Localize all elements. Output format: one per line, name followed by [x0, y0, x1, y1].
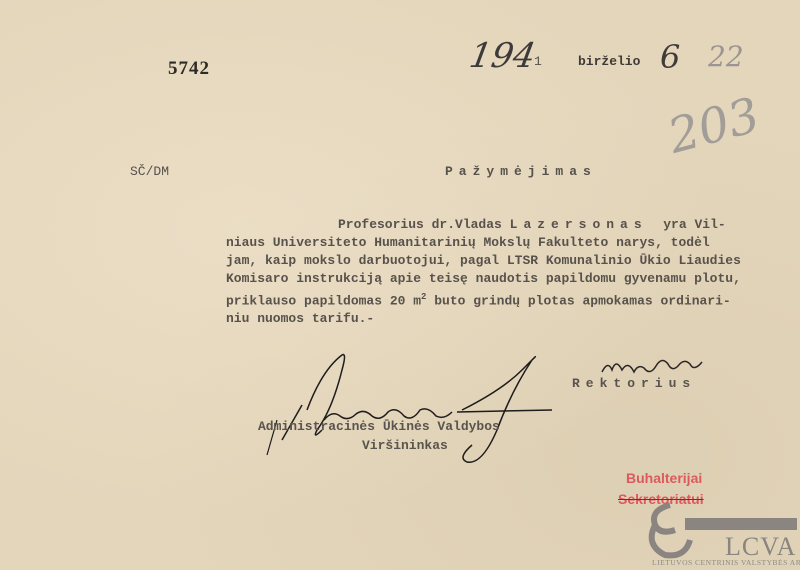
document-number: 5742	[168, 58, 210, 80]
admin-title-line2: Viršininkas	[362, 438, 448, 453]
pencil-note: 22	[708, 40, 744, 73]
body-line-5-pre: priklauso papildomas 20 m	[226, 293, 421, 308]
person-name: Lazersonas	[510, 217, 648, 232]
handwritten-day: 6	[660, 38, 680, 76]
body-line-5: priklauso papildomas 20 m2 buto grindų p…	[226, 288, 741, 310]
reference-code: SČ/DM	[130, 164, 169, 179]
body-line-3: jam, kaip mokslo darbuotojui, pagal LTSR…	[226, 252, 741, 270]
body-line-5-post: buto grindų plotas apmokamas ordinari-	[426, 293, 730, 308]
document-title: Pažymėjimas	[445, 164, 597, 179]
admin-title-line1: Administracinės Ūkinės Valdybos	[258, 419, 500, 434]
rector-title: Rektorius	[572, 376, 696, 391]
handwritten-year: 194	[466, 36, 538, 76]
body-line-1-pre: Profesorius dr.Vladas	[338, 217, 510, 232]
stamp-accounting: Buhalterijai	[626, 470, 702, 486]
date-month: birželio	[578, 54, 640, 69]
archive-caption: LIETUVOS CENTRINIS VALSTYBĖS ARCHYVAS	[652, 558, 800, 567]
date-year-suffix: 1	[534, 54, 542, 69]
body-line-4: Komisaro instrukciją apie teisę naudotis…	[226, 270, 741, 288]
body-line-1-post: yra Vil-	[648, 217, 726, 232]
document-body: Profesorius dr.Vladas Lazersonas yra Vil…	[226, 216, 741, 328]
body-line-2: niaus Universiteto Humanitarinių Mokslų …	[226, 234, 741, 252]
body-line-6: niu nuomos tarifu.-	[226, 310, 741, 328]
body-line-1: Profesorius dr.Vladas Lazersonas yra Vil…	[338, 216, 741, 234]
